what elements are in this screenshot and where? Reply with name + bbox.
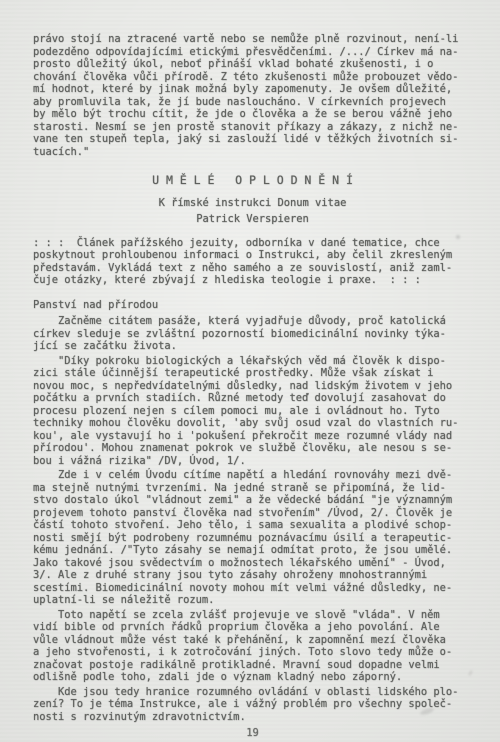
body-paragraph: Toto napětí se zcela zvlášť projevuje ve… bbox=[33, 609, 472, 684]
page-number: 19 bbox=[33, 727, 472, 740]
section-heading: Panství nad přírodou bbox=[33, 299, 472, 312]
article-title: U M Ě L É O P L O D N Ě N Í bbox=[33, 174, 472, 187]
article-subtitle: K římské instrukci Donum vitae bbox=[33, 197, 472, 210]
title-block: U M Ě L É O P L O D N Ě N Í K římské ins… bbox=[33, 174, 472, 226]
body-paragraph: "Díky pokroku biologických a lékařských … bbox=[33, 355, 472, 468]
article-author: Patrick Verspieren bbox=[33, 213, 472, 226]
body-paragraph: Zde i v celém Úvodu cítíme napětí a hled… bbox=[33, 469, 472, 607]
editorial-note: : : : Článek pařížského jezuity, odborní… bbox=[33, 237, 472, 287]
continued-paragraph: právo stojí na ztracené vartě nebo se ne… bbox=[33, 33, 472, 158]
body-paragraph: Kde jsou tedy hranice rozumného ovládání… bbox=[33, 686, 472, 724]
body-paragraph: Začněme citátem pasáže, která vyjadřuje … bbox=[33, 315, 472, 353]
scanned-page: právo stojí na ztracené vartě nebo se ne… bbox=[0, 0, 500, 742]
